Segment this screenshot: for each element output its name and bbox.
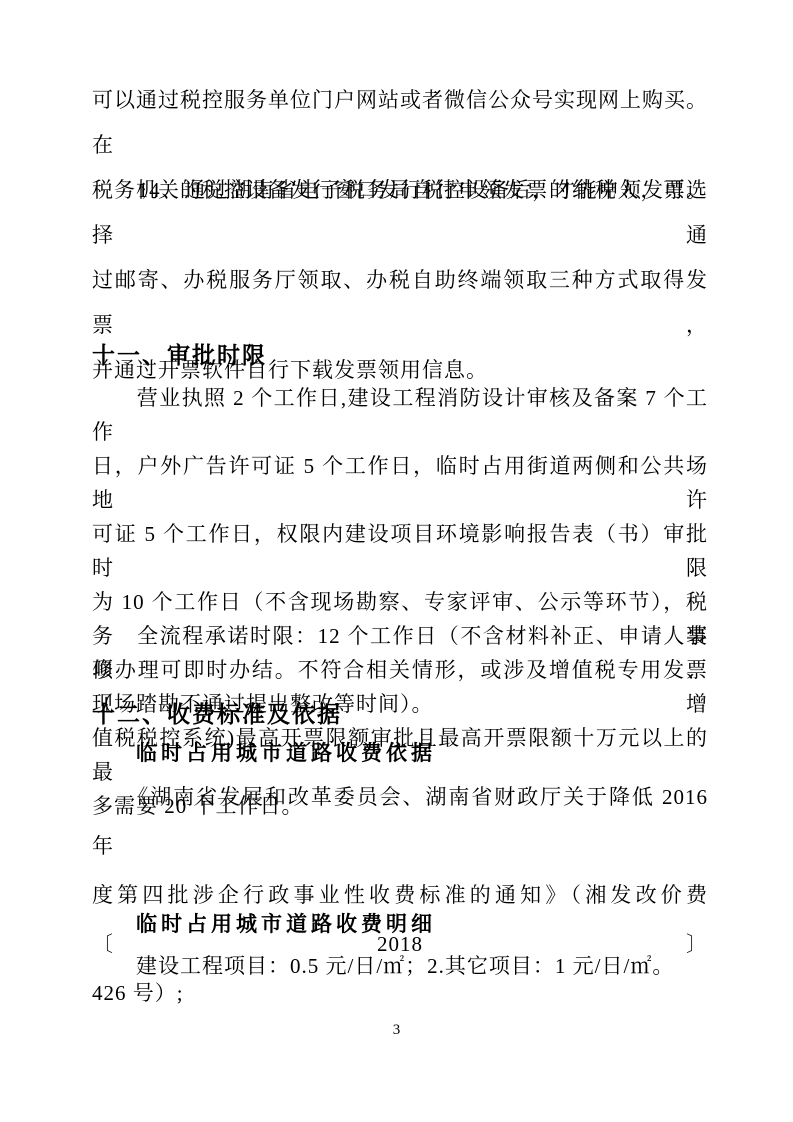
paragraph-fee-detail-rates: 建设工程项目：0.5 元/日/㎡；2.其它项目：1 元/日/㎡。	[92, 948, 708, 984]
page-number: 3	[0, 1020, 793, 1040]
text-line: 日，户外广告许可证 5 个工作日，临时占用街道两侧和公共场地许	[92, 449, 708, 517]
document-page: 可以通过税控服务单位门户网站或者微信公众号实现网上购买。在税务机关的税控设备发行…	[0, 0, 793, 1122]
text-line: 建设工程项目：0.5 元/日/㎡；2.其它项目：1 元/日/㎡。	[92, 948, 708, 984]
text-line: 过邮寄、办税服务厅领取、办税自助终端领取三种方式取得发票，	[92, 258, 708, 348]
sub-heading-road-occupation-fee-detail: 临时占用城市道路收费明细	[136, 910, 708, 940]
text-line: 营业执照 2 个工作日,建设工程消防设计审核及备案 7 个工作	[92, 381, 708, 449]
text-line: 可证 5 个工作日，权限内建设项目环境影响报告表（书）审批时限	[92, 517, 708, 585]
section-heading-11-approval-time-limit: 十一、审批时限	[92, 339, 708, 371]
section-heading-12-fee-standards: 十二、收费标准及依据	[92, 698, 708, 730]
text-line: 14、通过湖南省电子税务局自行申领发票的纳税人，可选择通	[92, 168, 708, 258]
text-line: 《湖南省发展和改革委员会、湖南省财政厅关于降低 2016 年	[92, 773, 708, 871]
text-line: 可以通过税控服务单位门户网站或者微信公众号实现网上购买。在	[92, 78, 708, 168]
text-line: 全流程承诺时限：12 个工作日（不含材料补正、申请人装修、	[92, 619, 708, 687]
sub-heading-road-occupation-fee-basis: 临时占用城市道路收费依据	[136, 739, 708, 769]
